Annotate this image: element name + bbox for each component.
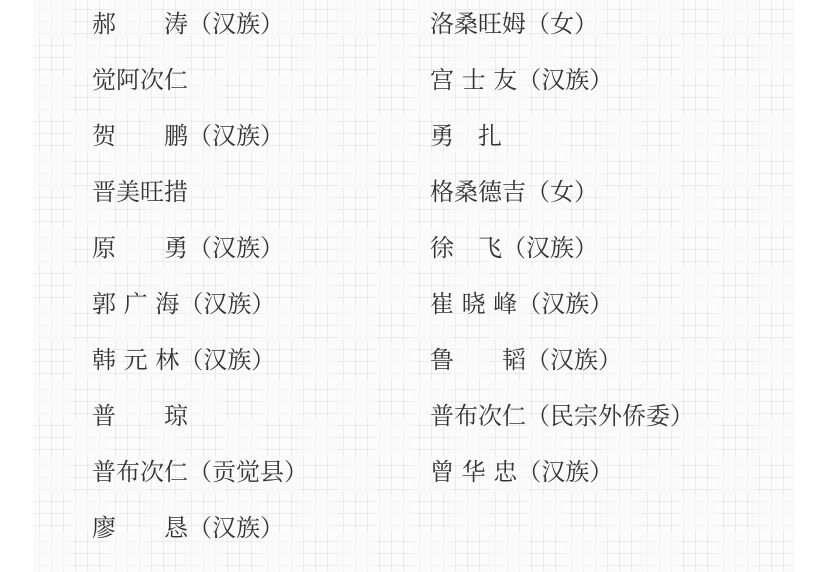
name-entry-left-10: 廖 恳（汉族） <box>92 511 284 545</box>
name-entry-left-4: 晋美旺措 <box>92 175 188 209</box>
name-entry-left-7: 韩 元 林（汉族） <box>92 343 275 377</box>
name-entry-right-4: 格桑德吉（女） <box>430 175 598 209</box>
name-entry-right-1: 洛桑旺姆（女） <box>430 7 598 41</box>
name-entry-right-5: 徐 飞（汉族） <box>430 231 598 265</box>
name-entry-right-6: 崔 晓 峰（汉族） <box>430 287 613 321</box>
name-entry-left-3: 贺 鹏（汉族） <box>92 119 284 153</box>
name-entry-left-9: 普布次仁（贡觉县） <box>92 455 308 489</box>
name-entry-right-8: 普布次仁（民宗外侨委） <box>430 399 694 433</box>
name-entry-left-5: 原 勇（汉族） <box>92 231 284 265</box>
name-entry-right-7: 鲁 韬（汉族） <box>430 343 622 377</box>
name-entry-left-6: 郭 广 海（汉族） <box>92 287 275 321</box>
name-entry-left-8: 普 琼 <box>92 399 188 433</box>
name-entry-left-1: 郝 涛（汉族） <box>92 7 284 41</box>
name-entry-left-2: 觉阿次仁 <box>92 63 188 97</box>
name-list: 郝 涛（汉族） 觉阿次仁 贺 鹏（汉族） 晋美旺措 原 勇（汉族） 郭 广 海（… <box>0 0 829 572</box>
name-entry-right-2: 宫 士 友（汉族） <box>430 63 613 97</box>
name-entry-right-3: 勇 扎 <box>430 119 502 153</box>
name-entry-right-9: 曾 华 忠（汉族） <box>430 455 613 489</box>
